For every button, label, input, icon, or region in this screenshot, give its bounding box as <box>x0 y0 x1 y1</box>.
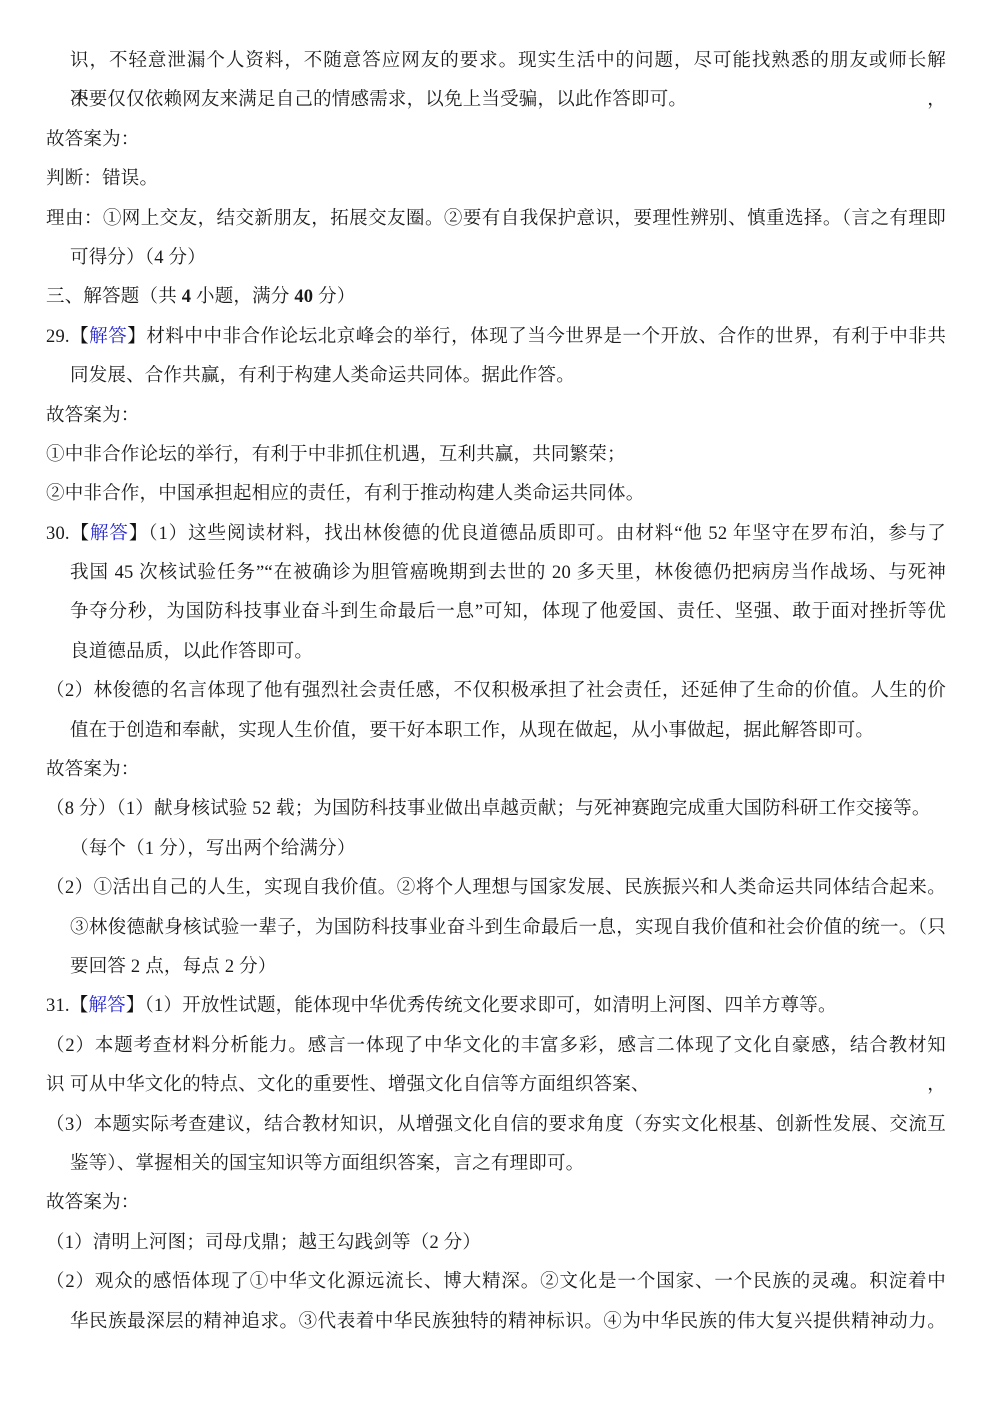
q29-solution-line-1: 29.【解答】材料中中非合作论坛北京峰会的举行，体现了当今世界是一个开放、合作的… <box>46 318 946 357</box>
q31-analysis3-line-1: （3）本题实际考查建议，结合教材知识，从增强文化自信的要求角度（夯实文化根基、创… <box>46 1106 946 1145</box>
q29-answer-label: 故答案为： <box>46 397 946 436</box>
q30-answer1-line-2: （每个（1 分），写出两个给满分） <box>46 830 946 869</box>
q30-tag-bracket-open: 【 <box>70 524 90 544</box>
q31-answer2-line-1: （2）观众的感悟体现了①中华文化源远流长、博大精深。②文化是一个国家、一个民族的… <box>46 1263 946 1302</box>
q29-answer-point-2: ②中非合作，中国承担起相应的责任，有利于推动构建人类命运共同体。 <box>46 475 946 514</box>
q29-tag-bracket-open: 【 <box>70 327 89 347</box>
q31-answer2-line-2: 华民族最深层的精神追求。③代表着中华民族独特的精神标识。④为中华民族的伟大复兴提… <box>46 1303 946 1342</box>
q28-judgement-line: 判断：错误。 <box>46 160 946 199</box>
q30-answer-label: 故答案为： <box>46 751 946 790</box>
q30-analysis1-line-3: 争夺分秒，为国防科技事业奋斗到生命最后一息”可知，体现了他爱国、责任、坚强、敢于… <box>46 593 946 632</box>
section-3-heading-mid: 小题，满分 <box>191 287 294 307</box>
q30-solution-line-1: 30.【解答】（1）这些阅读材料，找出林俊德的优良道德品质即可。由材料“他 52… <box>46 515 946 554</box>
q28-reason-line-2: 可得分）（4 分） <box>46 239 946 278</box>
q30-analysis2-line-1: （2）林俊德的名言体现了他有强烈社会责任感，不仅积极承担了社会责任，还延伸了生命… <box>46 672 946 711</box>
q30-answer2-line-1: （2）①活出自己的人生，实现自我价值。②将个人理想与国家发展、民族振兴和人类命运… <box>46 869 946 908</box>
q30-answer1-line-1: （8 分）（1）献身核试验 52 载；为国防科技事业做出卓越贡献；与死神赛跑完成… <box>46 790 946 829</box>
q29-answer-point-1: ①中非合作论坛的举行，有利于中非抓住机遇，互利共赢，共同繁荣； <box>46 436 946 475</box>
section-3-heading-text: 三、解答题（共 <box>46 287 182 307</box>
q30-answer2-line-3: 要回答 2 点，每点 2 分） <box>46 948 946 987</box>
q29-analysis-line-2: 同发展、合作共赢，有利于构建人类命运共同体。据此作答。 <box>46 357 946 396</box>
section-3-question-count: 4 <box>182 287 191 307</box>
q30-tag-bracket-close: 】 <box>129 524 148 544</box>
q31-tag-bracket-close: 】 <box>126 996 145 1016</box>
q29-solution-tag: 解答 <box>89 327 127 347</box>
q31-number: 31. <box>46 996 70 1016</box>
q31-tag-bracket-open: 【 <box>70 996 89 1016</box>
q31-solution-line-1: 31.【解答】（1）开放性试题，能体现中华优秀传统文化要求即可，如清明上河图、四… <box>46 987 946 1026</box>
q31-answer1-line: （1）清明上河图；司母戊鼎；越王勾践剑等（2 分） <box>46 1224 946 1263</box>
q28-answer-label: 故答案为： <box>46 121 946 160</box>
section-3-heading-suffix: 分） <box>313 287 355 307</box>
document-page: 识，不轻意泄漏个人资料，不随意答应网友的要求。现实生活中的问题，尽可能找熟悉的朋… <box>0 0 992 1403</box>
section-3-total-score: 40 <box>294 287 313 307</box>
q28-reason-line-1: 理由：①网上交友，结交新朋友，拓展交友圈。②要有自我保护意识，要理性辨别、慎重选… <box>46 200 946 239</box>
q31-solution-tag: 解答 <box>88 996 125 1016</box>
q30-analysis1-line-2: 我国 45 次核试验任务”“在被确诊为胆管癌晚期到去世的 20 多天里，林俊德仍… <box>46 554 946 593</box>
section-3-heading: 三、解答题（共 4 小题，满分 40 分） <box>46 278 946 317</box>
q30-analysis1-line-4: 良道德品质，以此作答即可。 <box>46 633 946 672</box>
q31-answer-label: 故答案为： <box>46 1184 946 1223</box>
q30-answer2-line-2: ③林俊德献身核试验一辈子，为国防科技事业奋斗到生命最后一息，实现自我价值和社会价… <box>46 909 946 948</box>
q30-number: 30. <box>46 524 70 544</box>
q29-number: 29. <box>46 327 70 347</box>
q30-solution-tag: 解答 <box>90 524 129 544</box>
q30-analysis1-text-1: （1）这些阅读材料，找出林俊德的优良道德品质即可。由材料“他 52 年坚守在罗布… <box>148 524 946 544</box>
q31-analysis2-line-1: （2）本题考查材料分析能力。感言一体现了中华文化的丰富多彩，感言二体现了文化自豪… <box>46 1027 946 1066</box>
q28-tail-body-line-1: 识，不轻意泄漏个人资料，不随意答应网友的要求。现实生活中的问题，尽可能找熟悉的朋… <box>46 42 946 81</box>
q29-analysis-text-1: 材料中中非合作论坛北京峰会的举行，体现了当今世界是一个开放、合作的世界，有利于中… <box>146 327 946 347</box>
q29-tag-bracket-close: 】 <box>127 327 146 347</box>
q31-analysis1-text: （1）开放性试题，能体现中华优秀传统文化要求即可，如清明上河图、四羊方尊等。 <box>145 996 837 1016</box>
q30-analysis2-line-2: 值在于创造和奉献，实现人生价值，要干好本职工作，从现在做起，从小事做起，据此解答… <box>46 712 946 751</box>
q31-analysis3-line-2: 鉴等）、掌握相关的国宝知识等方面组织答案，言之有理即可。 <box>46 1145 946 1184</box>
